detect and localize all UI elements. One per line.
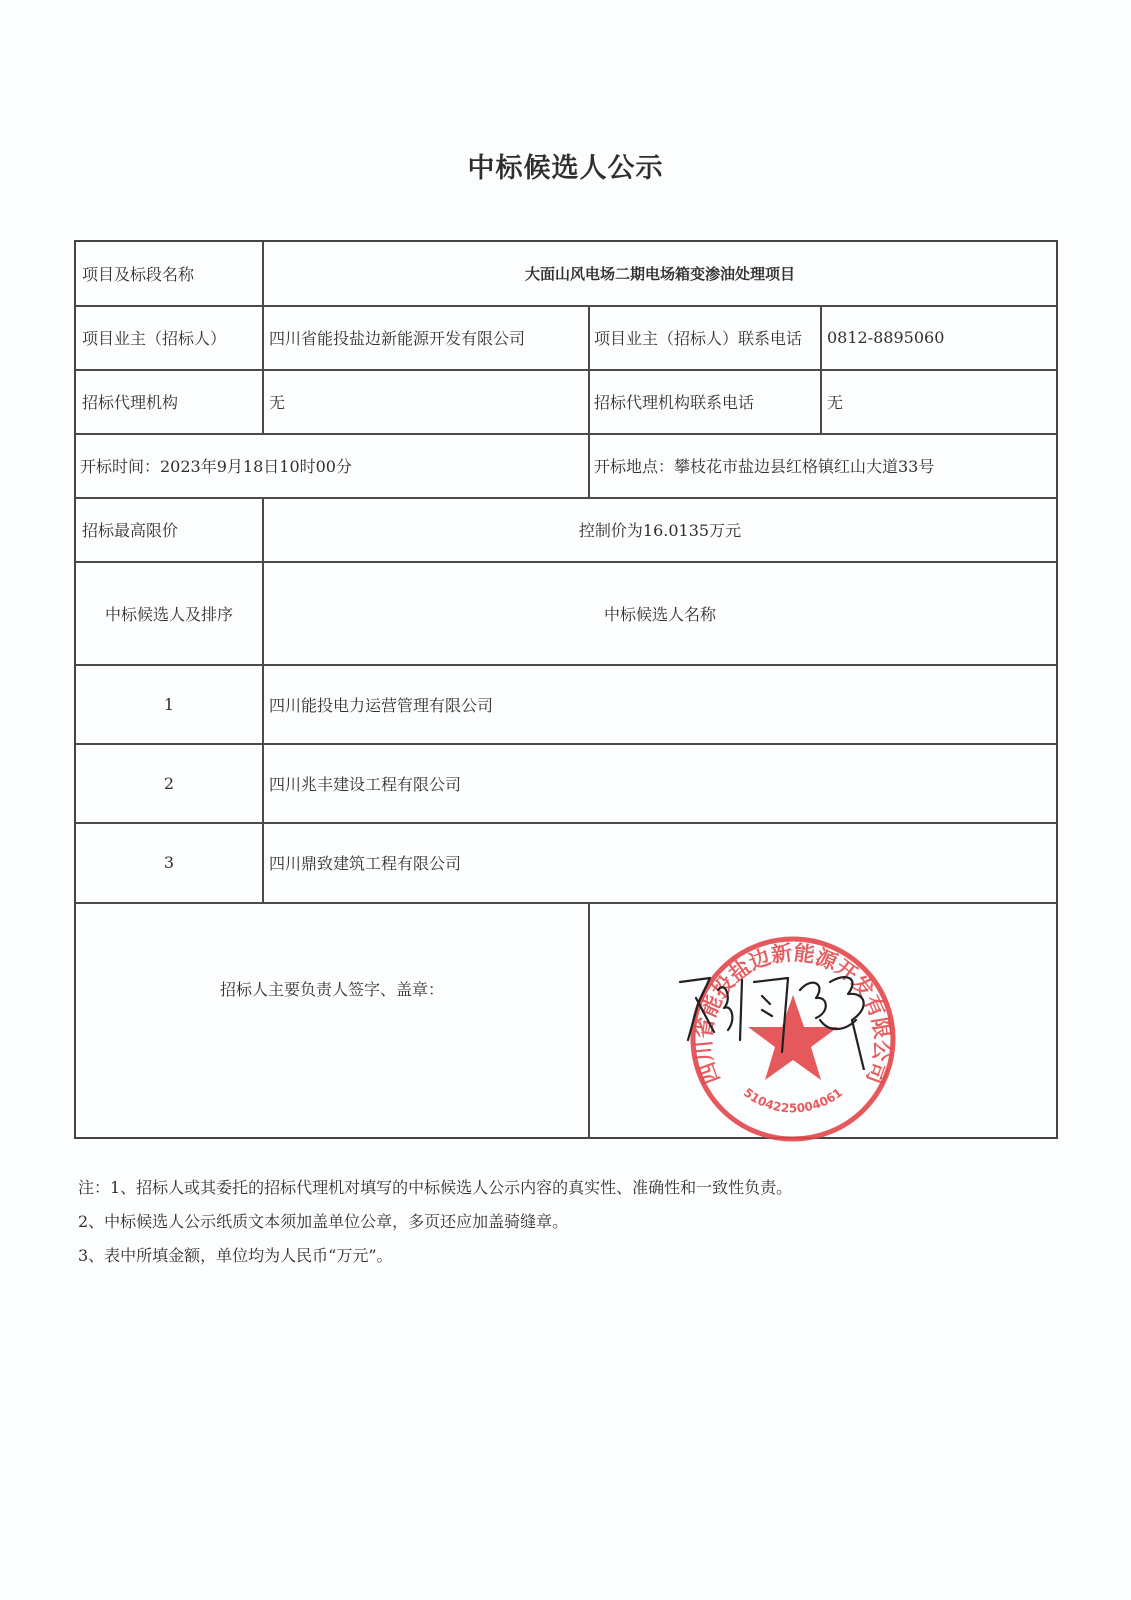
candidate-rank: 1 — [76, 665, 262, 743]
candidate-name: 四川鼎致建筑工程有限公司 — [269, 823, 461, 902]
note-3: 3、表中所填金额，单位均为人民币“万元”。 — [78, 1243, 393, 1266]
note-1: 注：1、招标人或其委托的招标代理机对填写的中标候选人公示内容的真实性、准确性和一… — [78, 1175, 792, 1198]
candidate-rank: 3 — [76, 823, 262, 902]
note-2: 2、中标候选人公示纸质文本须加盖单位公章，多页还应加盖骑缝章。 — [78, 1209, 568, 1232]
svg-text:5104225004061: 5104225004061 — [741, 1085, 845, 1115]
page-title: 中标候选人公示 — [0, 146, 1131, 185]
owner-phone-label: 项目业主（招标人）联系电话 — [594, 306, 802, 369]
owner-phone-value: 0812-8895060 — [827, 306, 944, 369]
owner-label: 项目业主（招标人） — [82, 306, 226, 369]
open-time: 开标时间：2023年9月18日10时00分 — [80, 434, 352, 497]
announcement-table: 项目及标段名称 大面山风电场二期电场箱变渗油处理项目 项目业主（招标人） 四川省… — [74, 240, 1058, 1139]
agency-label: 招标代理机构 — [82, 370, 178, 433]
name-header: 中标候选人名称 — [264, 562, 1056, 664]
rank-header: 中标候选人及排序 — [76, 562, 262, 664]
signature-label: 招标人主要负责人签字、盖章： — [76, 903, 588, 1073]
project-value: 大面山风电场二期电场箱变渗油处理项目 — [264, 242, 1056, 305]
candidate-name: 四川兆丰建设工程有限公司 — [269, 744, 461, 822]
project-label: 项目及标段名称 — [82, 242, 194, 305]
handwritten-signature-icon — [670, 960, 910, 1070]
agency-value: 无 — [269, 370, 285, 433]
candidate-rank: 2 — [76, 744, 262, 822]
max-price-label: 招标最高限价 — [82, 498, 178, 561]
candidate-name: 四川能投电力运营管理有限公司 — [269, 665, 493, 743]
agency-phone-value: 无 — [827, 370, 843, 433]
max-price-value: 控制价为16.0135万元 — [264, 498, 1056, 561]
owner-value: 四川省能投盐边新能源开发有限公司 — [269, 306, 525, 369]
agency-phone-label: 招标代理机构联系电话 — [594, 370, 754, 433]
open-place: 开标地点：攀枝花市盐边县红格镇红山大道33号 — [594, 434, 934, 497]
